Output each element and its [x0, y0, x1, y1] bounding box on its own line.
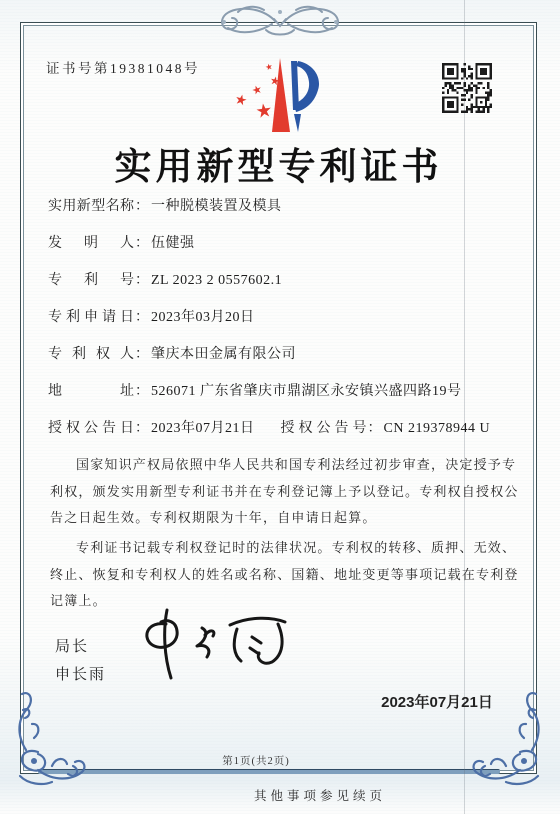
signature-handwriting-icon — [130, 604, 302, 686]
field-colon: ： — [135, 273, 149, 288]
field-row-patentee: 专利权人：肇庆本田金属有限公司 — [48, 347, 513, 362]
field-value: 2023年03月20日 — [151, 310, 255, 325]
issue-date-stamp: 2023年07月21日 — [376, 691, 498, 712]
field-label: 专利权人 — [48, 347, 134, 362]
field-row-inventor: 发明人：伍健强 — [48, 236, 513, 251]
field-label: 实用新型名称 — [48, 199, 134, 214]
certificate-title: 实用新型专利证书 — [20, 136, 537, 190]
grant-date-group: 授权公告日：2023年07月21日 — [48, 421, 281, 436]
field-colon: ： — [135, 384, 149, 399]
field-value: 一种脱模装置及模具 — [151, 199, 282, 214]
field-row-grant: 授权公告日：2023年07月21日 授权公告号：CN 219378944 U — [48, 421, 513, 436]
grant-number-group: 授权公告号：CN 219378944 U — [281, 421, 514, 436]
field-row-name: 实用新型名称：一种脱模装置及模具 — [48, 199, 513, 214]
legal-text: 国家知识产权局依照中华人民共和国专利法经过初步审查，决定授予专利权，颁发实用新型… — [50, 452, 522, 618]
signer-block: 局长 申长雨 — [55, 633, 106, 689]
legal-paragraph-1: 国家知识产权局依照中华人民共和国专利法经过初步审查，决定授予专利权，颁发实用新型… — [50, 452, 522, 532]
field-colon: ： — [135, 199, 149, 214]
patent-certificate-page: 证书号第19381048号 实用新型专利证书 实用新型名称：一种脱模装置及模具 … — [0, 0, 560, 814]
certificate-fields: 实用新型名称：一种脱模装置及模具 发明人：伍健强 专利号：ZL 2023 2 0… — [48, 199, 513, 458]
cnipa-logo-icon — [222, 54, 320, 134]
field-colon: ： — [135, 236, 149, 251]
field-label: 地址 — [48, 384, 134, 399]
continuation-note: 其他事项参见续页 — [80, 786, 560, 804]
frame-bottom-accent-line — [38, 769, 500, 774]
field-colon: ： — [135, 421, 149, 436]
field-value: 肇庆本田金属有限公司 — [151, 347, 296, 362]
field-colon: ： — [368, 421, 382, 436]
field-value: ZL 2023 2 0557602.1 — [151, 273, 282, 288]
field-value: 526071 广东省肇庆市鼎湖区永安镇兴盛四路19号 — [151, 384, 462, 399]
grant-date-value: 2023年07月21日 — [151, 421, 255, 436]
signer-title: 局长 — [55, 633, 106, 661]
field-value: 伍健强 — [151, 236, 195, 251]
field-colon: ： — [135, 310, 149, 325]
certificate-number: 证书号第19381048号 — [46, 57, 200, 77]
field-label: 专利号 — [48, 273, 134, 288]
field-label: 发明人 — [48, 236, 134, 251]
corner-flourish-icon — [8, 680, 102, 794]
signer-name: 申长雨 — [55, 661, 106, 689]
field-label: 专利申请日 — [48, 310, 134, 325]
page-indicator: 第1页(共2页) — [20, 753, 492, 768]
flourish-ornament-icon — [178, 2, 382, 44]
field-row-filing-date: 专利申请日：2023年03月20日 — [48, 310, 513, 325]
legal-paragraph-2: 专利证书记载专利权登记时的法律状况。专利权的转移、质押、无效、终止、恢复和专利权… — [50, 535, 522, 615]
grant-number-value: CN 219378944 U — [384, 421, 491, 436]
field-row-patent-no: 专利号：ZL 2023 2 0557602.1 — [48, 273, 513, 288]
qr-code — [442, 63, 492, 113]
field-label: 授权公告日 — [48, 421, 134, 436]
field-row-address: 地址：526071 广东省肇庆市鼎湖区永安镇兴盛四路19号 — [48, 384, 513, 399]
field-colon: ： — [135, 347, 149, 362]
field-label: 授权公告号 — [281, 421, 367, 436]
